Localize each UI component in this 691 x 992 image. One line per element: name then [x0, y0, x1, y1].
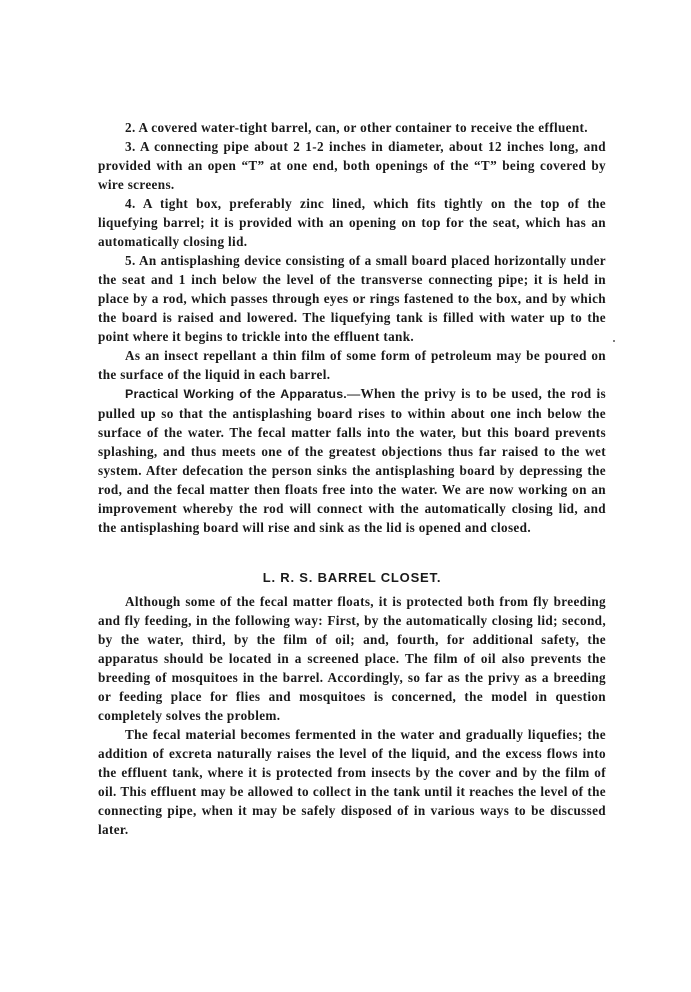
insect-repellant-paragraph: As an insect repellant a thin film of so…	[98, 346, 606, 384]
section-heading: L. R. S. BARREL CLOSET.	[98, 537, 606, 592]
list-item-5: 5. An antisplashing device consisting of…	[98, 251, 606, 346]
list-item-4: 4. A tight box, preferably zinc lined, w…	[98, 194, 606, 251]
protection-paragraph: Although some of the fecal matter floats…	[98, 592, 606, 725]
scan-speck	[613, 340, 615, 342]
practical-working-text: —When the privy is to be used, the rod i…	[98, 386, 606, 535]
fermentation-paragraph: The fecal material becomes fermented in …	[98, 725, 606, 839]
list-item-3: 3. A connecting pipe about 2 1-2 inches …	[98, 137, 606, 194]
run-in-heading: Practical Working of the Apparatus.	[125, 387, 347, 401]
practical-working-paragraph: Practical Working of the Apparatus.—When…	[98, 384, 606, 537]
document-page: 2. A covered water-tight barrel, can, or…	[98, 118, 606, 839]
scan-speck	[592, 621, 594, 623]
list-item-2: 2. A covered water-tight barrel, can, or…	[98, 118, 606, 137]
